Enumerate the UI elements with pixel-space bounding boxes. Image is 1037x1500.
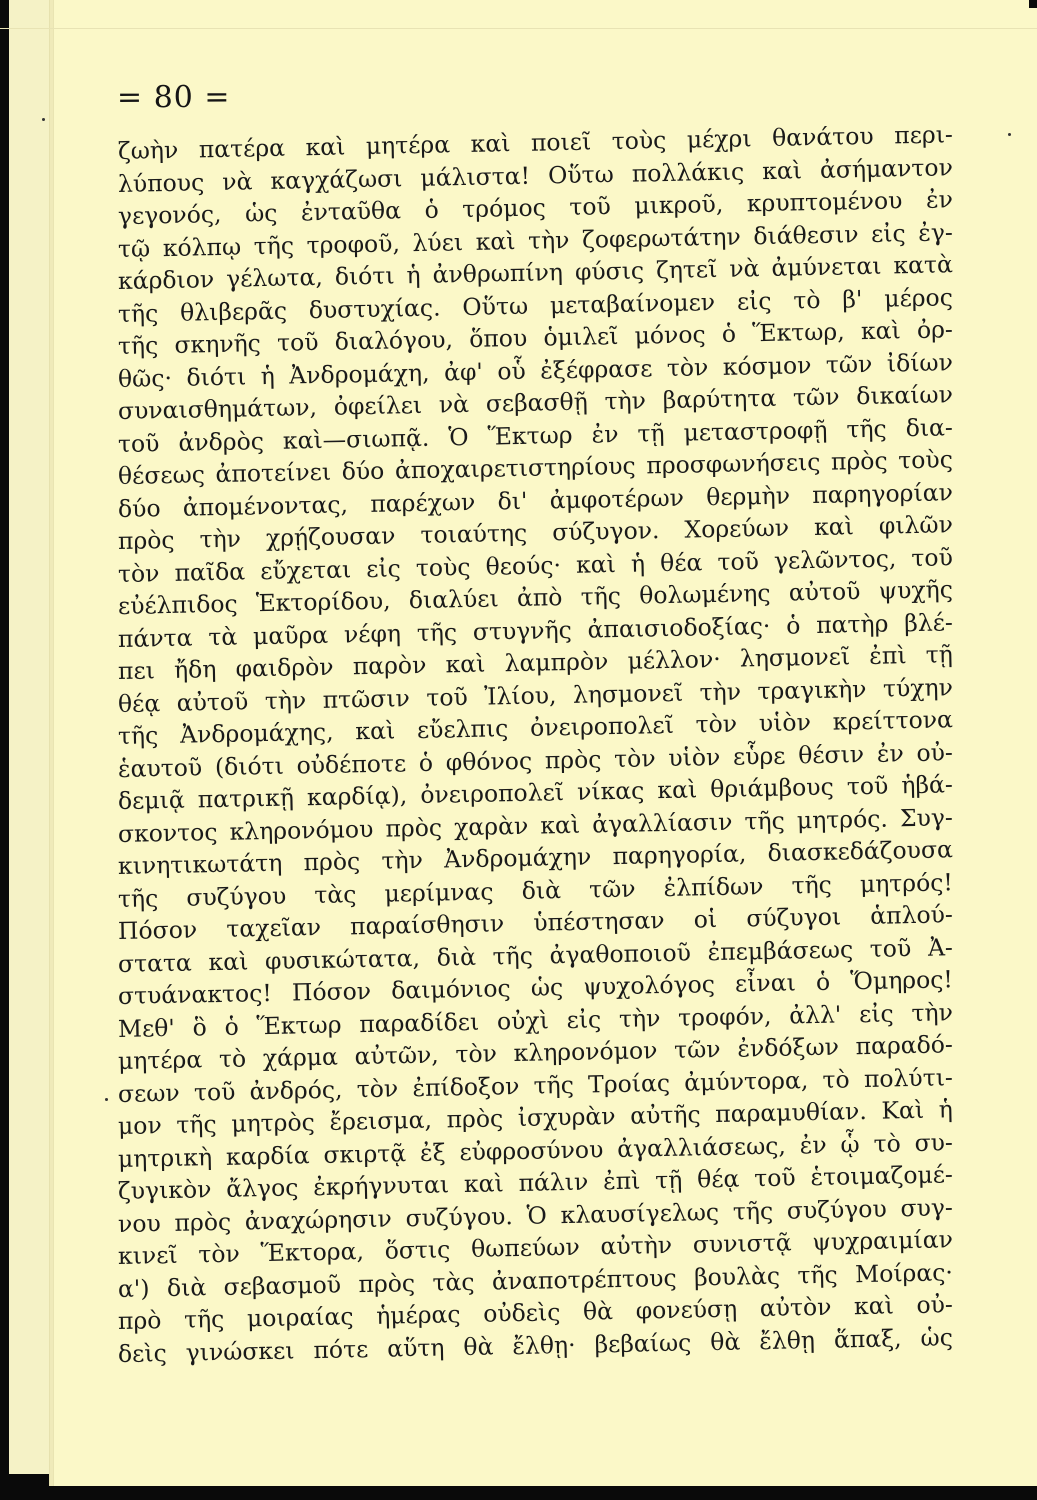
speck [105, 1098, 108, 1101]
speck [42, 118, 45, 121]
scan-left-edge [0, 0, 9, 1500]
speck [1008, 133, 1011, 136]
scan-bottom-edge [0, 1486, 1037, 1500]
scan-bottom-tab [9, 1474, 49, 1486]
page-top-edge [0, 28, 1037, 29]
scan-corner [1029, 0, 1037, 8]
page-margin-strip [9, 0, 50, 1500]
page-fold-line [50, 0, 54, 1500]
page-number: = 80 = [117, 80, 231, 116]
